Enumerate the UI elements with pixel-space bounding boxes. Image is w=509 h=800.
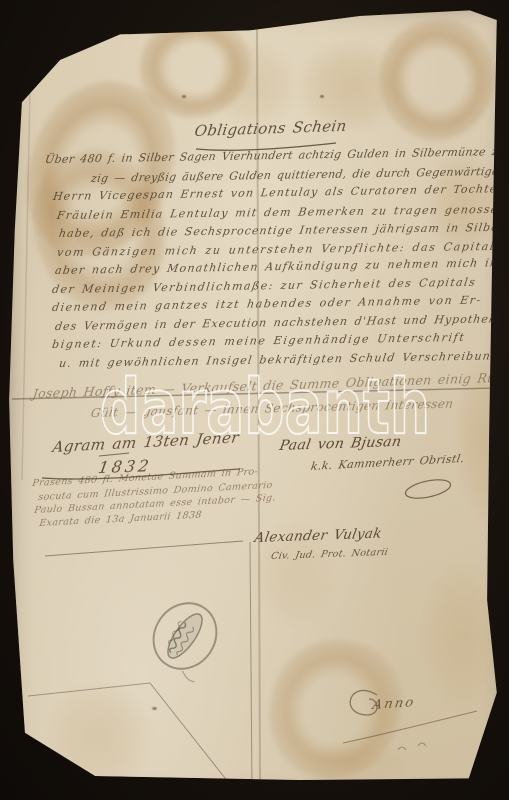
flap-crease-diagonal2	[28, 683, 150, 696]
document-title: Obligations Schein	[193, 117, 347, 140]
body-line: der Meinigen Verbindlichmaße: zur Sicher…	[51, 276, 477, 296]
body-line: aber nach drey Monathlichen Aufkündigung…	[54, 256, 499, 277]
stain	[369, 9, 506, 150]
signature-title: k.k. Kammerherr Obristl.	[310, 452, 466, 473]
flap-crease-diagonal	[150, 683, 236, 792]
seal-text-scribble	[165, 620, 184, 644]
body-line: bignet: Urkund dessen meine Eigenhändige…	[51, 331, 466, 351]
notary-name: Alexander Vulyak	[253, 526, 383, 546]
seal-outer-ring	[141, 591, 229, 681]
body-line: habe, daß ich die Sechsprocentige Intere…	[58, 221, 506, 240]
flourish-swash	[343, 711, 477, 743]
stain	[420, 560, 505, 710]
ink-speck	[182, 95, 186, 98]
seal-text-scribble	[165, 622, 190, 653]
stain	[210, 40, 300, 130]
flourish-signature: Anno	[371, 695, 416, 713]
endorsement-line: Gült — gausfant — ihnen Sechsprocentigen…	[90, 397, 454, 420]
stain	[140, 18, 250, 118]
body-line: vom Gänzigen mich zu unterstehen Verpfli…	[56, 240, 496, 259]
notary-title: Civ. Jud. Prot. Notarii	[270, 547, 389, 562]
seal-inner-ring	[162, 609, 208, 663]
flap-crease-right	[250, 542, 252, 793]
dateline-place: Agram am 13ten Jener	[51, 428, 240, 456]
ink-speck	[320, 95, 324, 98]
body-line: zig — dreyßig äußere Gulden quittierend,…	[90, 164, 509, 185]
fold-crease-left	[22, 90, 30, 480]
stain	[300, 740, 410, 785]
stain	[45, 680, 155, 790]
body-line: des Vermögen in der Execution nachstehen…	[54, 312, 497, 333]
wax-seal-stamp	[140, 590, 250, 690]
flourish-marks	[398, 743, 426, 750]
body-line: Über 480 f. in Silber Sagen Vierhundert …	[44, 145, 509, 166]
body-line: Herrn Vicegespan Ernest von Lentulay als…	[52, 182, 505, 203]
flap-crease-top	[45, 541, 243, 556]
photograph-background: Obligations Schein Über 480 f. in Silber…	[0, 0, 509, 800]
signature-flourish-loop	[404, 476, 452, 501]
signature-name: Paal von Bjusan	[278, 434, 403, 454]
ink-speck	[152, 707, 157, 710]
seal-text-scribble	[174, 626, 197, 656]
body-line: Fräulein Emilia Lentulay mit dem Bemerke…	[56, 203, 508, 222]
body-line: dienend mein gantzes itzt habendes oder …	[51, 294, 482, 314]
body-line: u. mit gewöhnlichen Insigel bekräftigten…	[58, 349, 505, 370]
seal-tail	[180, 671, 195, 683]
date-underline	[99, 453, 129, 456]
document-paper: Obligations Schein Über 480 f. in Silber…	[0, 0, 509, 800]
